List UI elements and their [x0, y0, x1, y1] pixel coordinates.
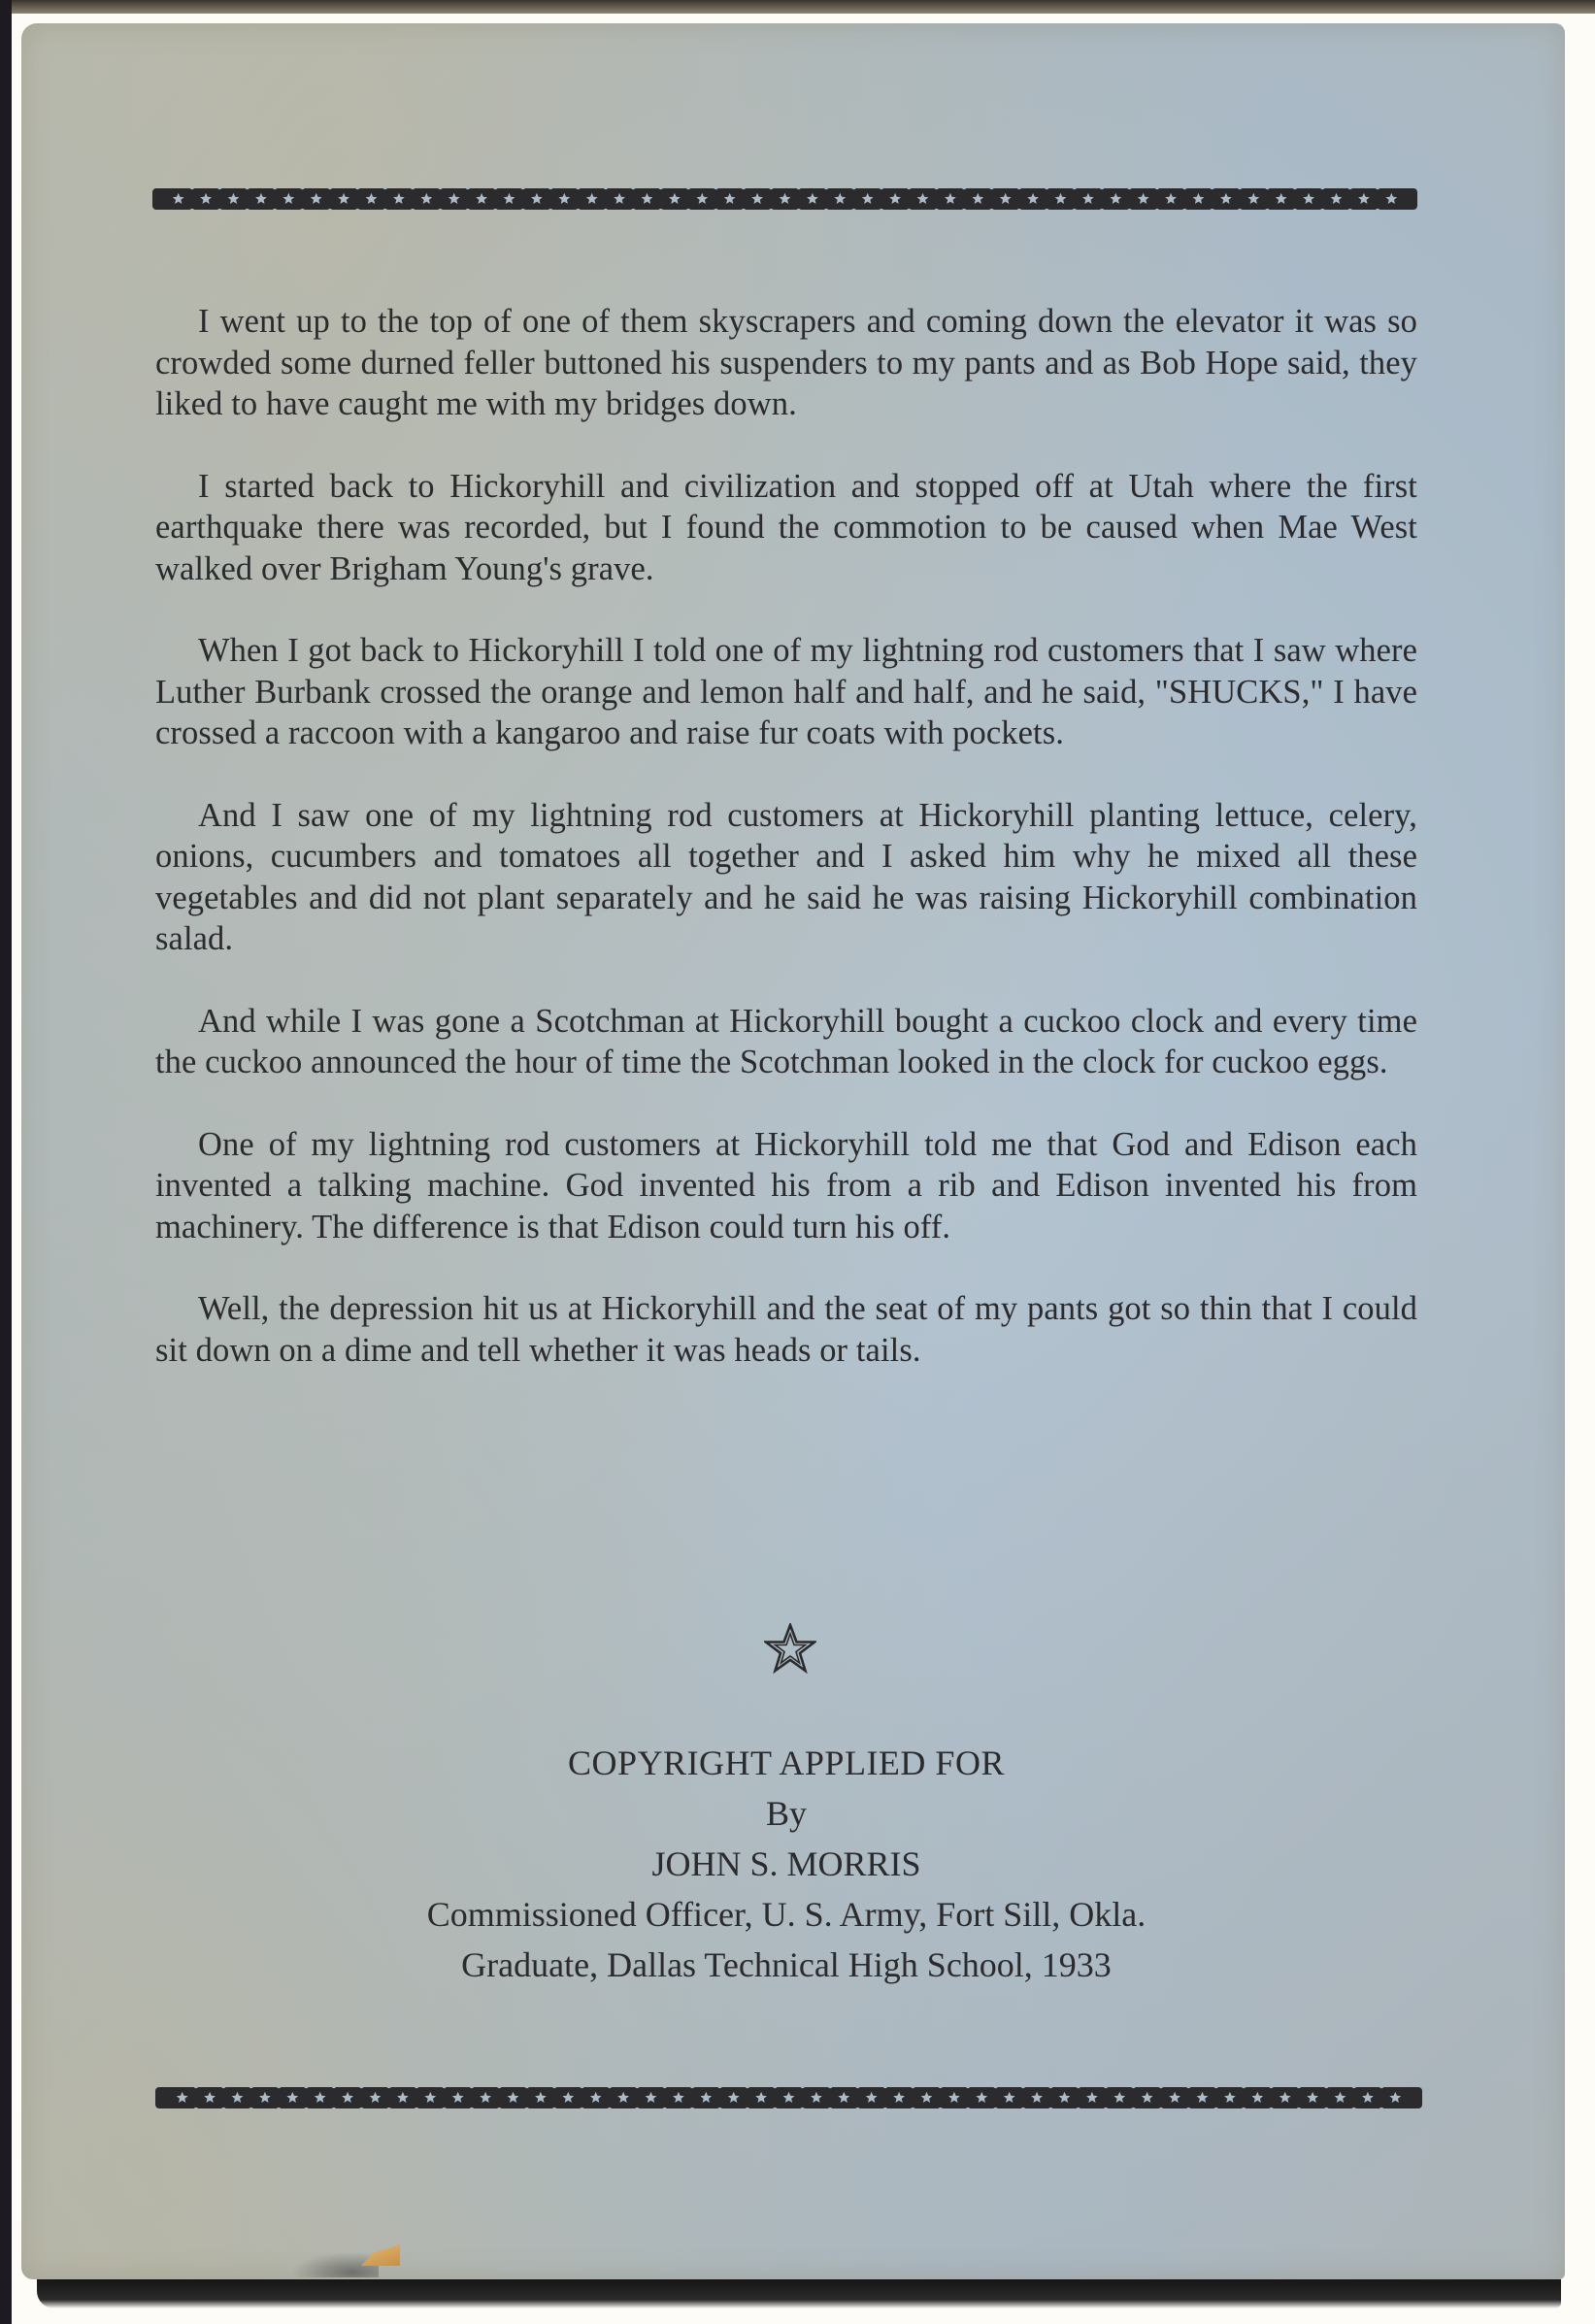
paragraph: I started back to Hickoryhill and civili…	[155, 466, 1417, 590]
copyright-block: COPYRIGHT APPLIED FOR By JOHN S. MORRIS …	[155, 1738, 1417, 1990]
outlined-star-icon	[764, 1623, 816, 1674]
body-text: I went up to the top of one of them skys…	[155, 301, 1417, 1411]
star-chain-border-bottom	[155, 2087, 1422, 2108]
author-name: JOHN S. MORRIS	[155, 1839, 1417, 1889]
author-title: Commissioned Officer, U. S. Army, Fort S…	[155, 1889, 1417, 1940]
author-education: Graduate, Dallas Technical High School, …	[155, 1940, 1417, 1990]
paragraph: And I saw one of my lightning rod custom…	[155, 795, 1417, 960]
paragraph: Well, the depression hit us at Hickoryhi…	[155, 1288, 1417, 1371]
copyright-notice: COPYRIGHT APPLIED FOR	[155, 1738, 1417, 1788]
scanner-edge-top	[12, 0, 1595, 14]
paragraph: One of my lightning rod customers at Hic…	[155, 1124, 1417, 1248]
paragraph: When I got back to Hickoryhill I told on…	[155, 630, 1417, 754]
paragraph: I went up to the top of one of them skys…	[155, 301, 1417, 425]
paragraph: And while I was gone a Scotchman at Hick…	[155, 1001, 1417, 1083]
page-shadow	[37, 2279, 1561, 2308]
scanner-edge-left	[0, 0, 12, 2324]
byline-label: By	[155, 1788, 1417, 1839]
star-chain-border-top	[152, 188, 1417, 210]
